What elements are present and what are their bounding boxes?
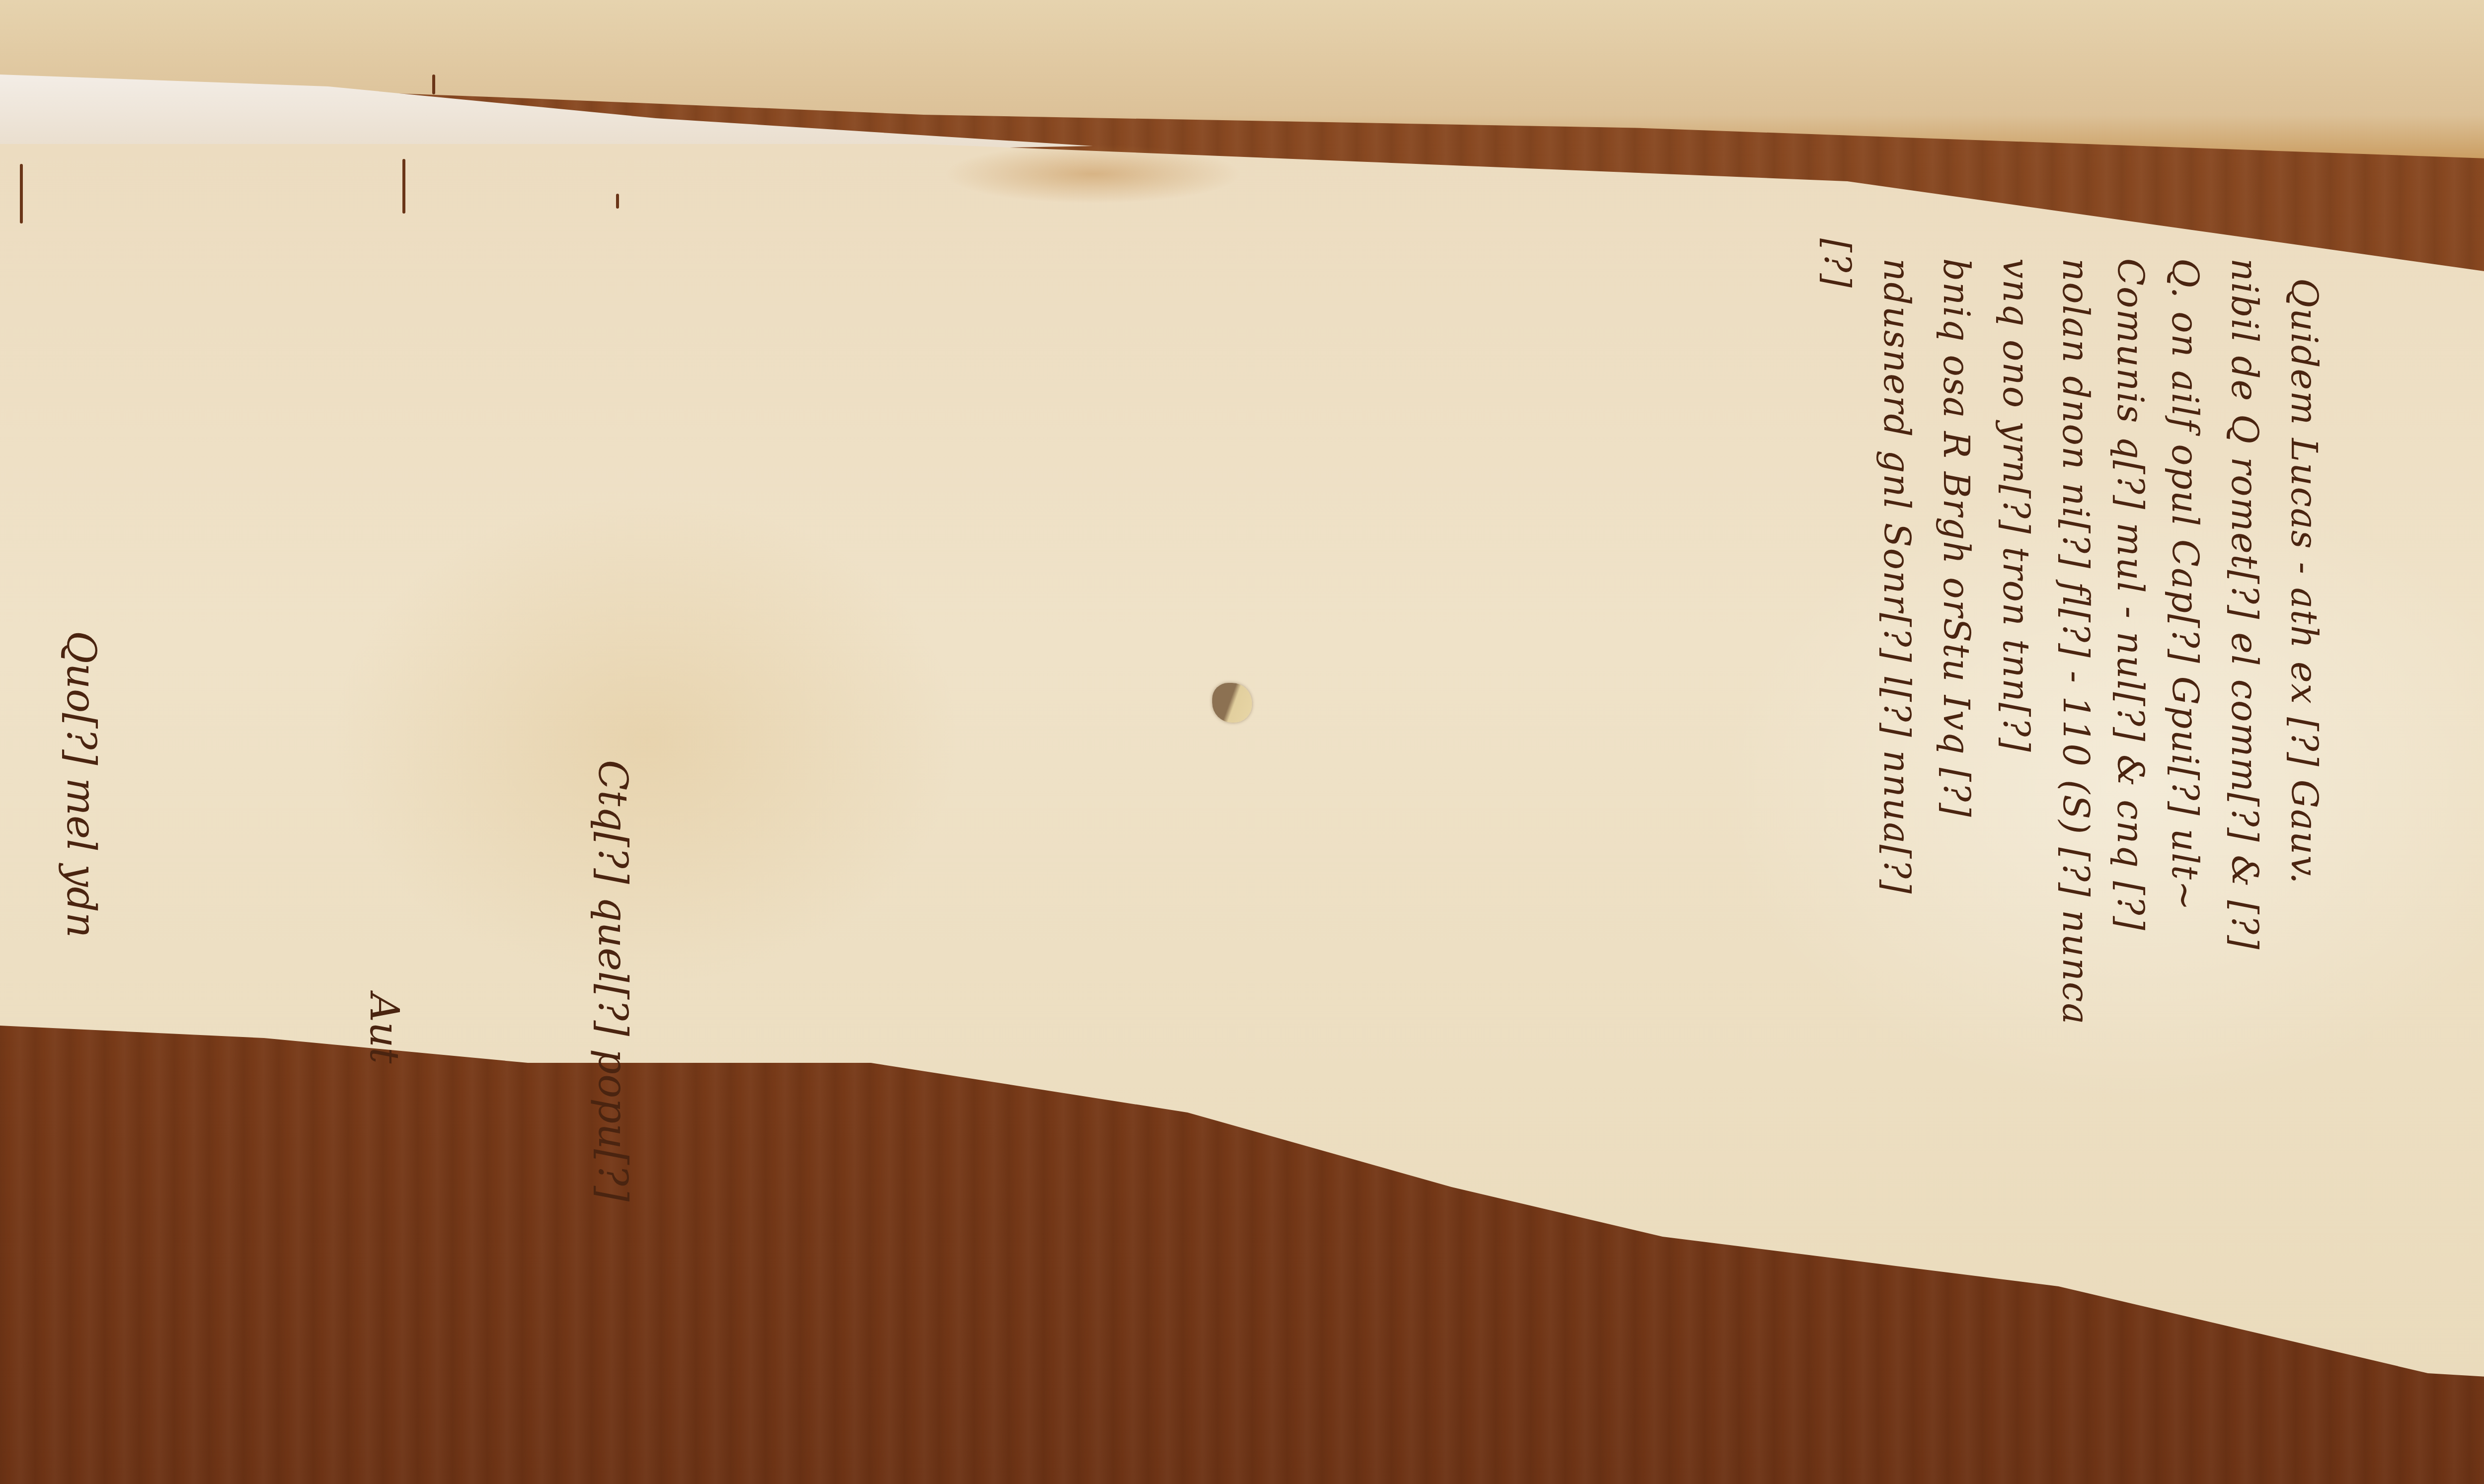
text-line: ndusnerd gnl Sonr[?] l[?] nnua[?] [1876, 258, 1918, 894]
ink-stroke [20, 164, 23, 223]
text-line: Comunis q[?] mul - nul[?] & cnq [?] [2109, 258, 2151, 931]
text-line: [?] [1816, 238, 1858, 289]
text-line: nibil de Q romet[?] el comm[?] & [?] [2224, 258, 2265, 950]
text-line: vnq ono yrn[?] tron tnn[?] [1995, 258, 2037, 753]
text-line: Quidem Lucas - ath ex [?] Gauv. [2283, 278, 2325, 885]
margin-note: Quo[?] mel ydn [58, 631, 104, 938]
text-line: bniq osa R Brgh orStu Ivq [?] [1936, 258, 1977, 818]
margin-note: Ctq[?] quel[?] popu[?] [590, 760, 636, 1201]
margin-note: Aut [361, 993, 407, 1063]
paper-hole [1212, 683, 1252, 723]
ink-stroke [616, 194, 619, 209]
text-line: nolan dnon ni[?] fl[?] - 110 (S) [?] nun… [2055, 258, 2096, 1025]
water-stain [944, 144, 1242, 204]
ink-stroke [402, 159, 405, 214]
ink-stroke [432, 74, 435, 94]
text-line: Q. on ailf opul Cap[?] Gpui[?] ult~ [2164, 258, 2206, 911]
